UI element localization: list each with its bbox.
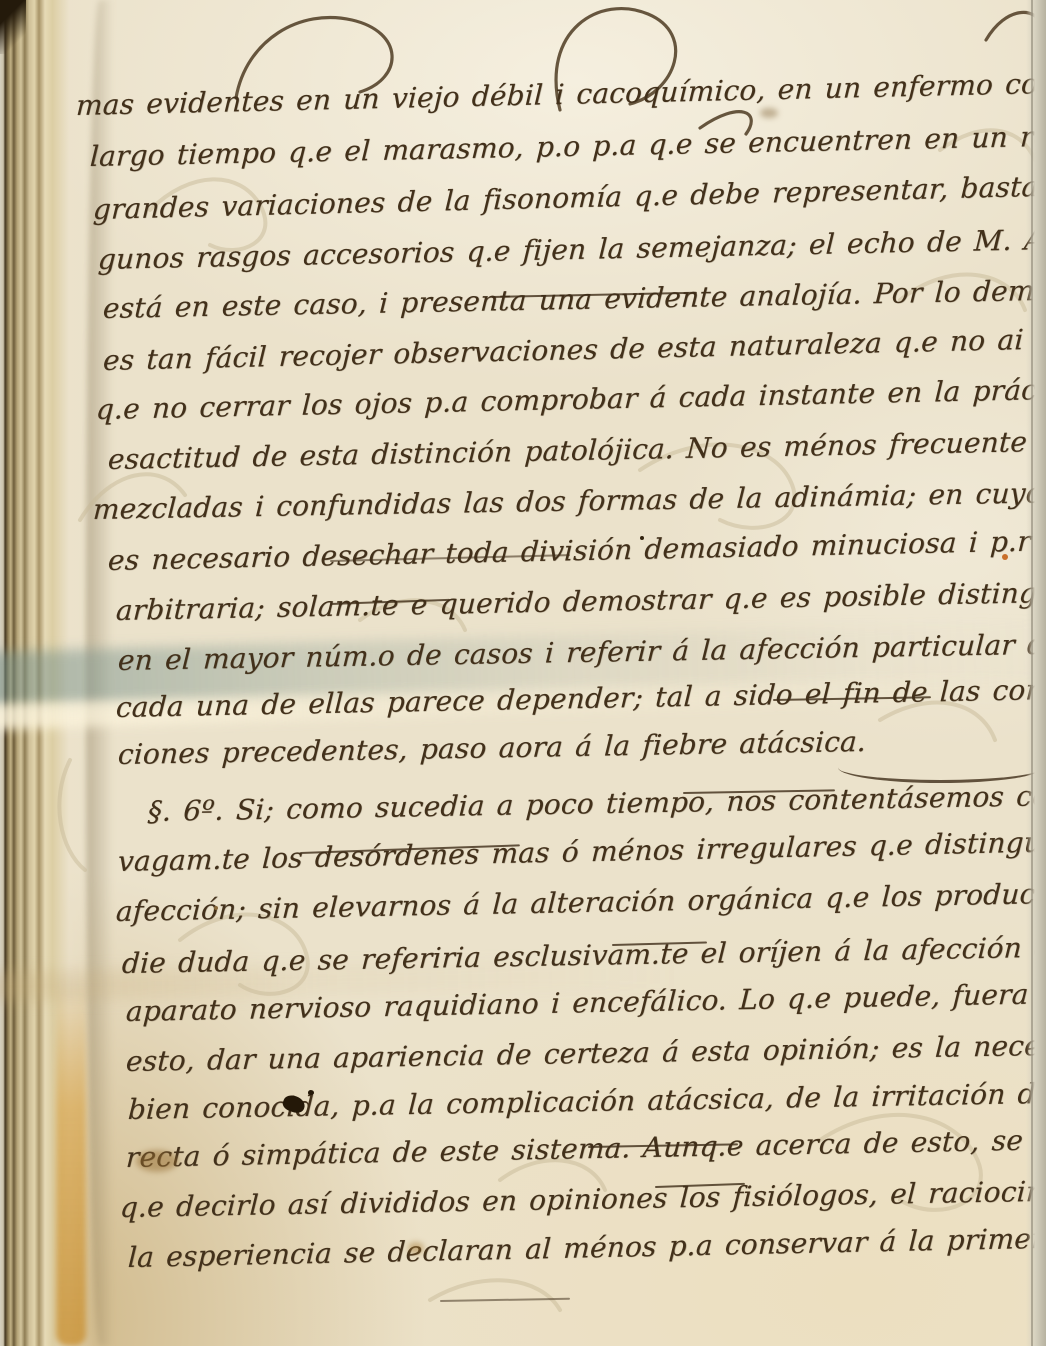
- manuscript-line: bien conocida, p.a la complicación atács…: [127, 1080, 1046, 1124]
- manuscript-line: gunos rasgos accesorios q.e fijen la sem…: [97, 225, 1046, 274]
- underline-declaran: [440, 1298, 570, 1303]
- manuscript-scan: mas evidentes en un viejo débil i cacoqu…: [0, 0, 1046, 1346]
- manuscript-line: es necesario desechar toda división dema…: [107, 525, 1046, 575]
- manuscript-line: arbitraria; solam.te e querido demostrar…: [115, 578, 1046, 625]
- ink-speck: [640, 536, 644, 540]
- manuscript-line: esactitud de esta distinción patolójica.…: [107, 426, 1046, 474]
- cover-corner: [0, 0, 26, 54]
- manuscript-line: mas evidentes en un viejo débil i cacoqu…: [75, 67, 1046, 120]
- manuscript-line: largo tiempo q.e el marasmo, p.o p.a q.e…: [89, 120, 1046, 171]
- manuscript-line: afección; sin elevarnos á la alteración …: [115, 879, 1046, 926]
- manuscript-line: es tan fácil recojer observaciones de es…: [102, 324, 1046, 375]
- manuscript-line-section-start: §. 6º. Si; como sucedia a poco tiempo, n…: [147, 780, 1046, 826]
- manuscript-line: está en este caso, i presenta una eviden…: [102, 276, 1046, 323]
- orange-speck: [1002, 554, 1008, 560]
- manuscript-line: ciones precedentes, paso aora á la fiebr…: [117, 728, 867, 769]
- manuscript-line: q.e no cerrar los ojos p.a comprobar á c…: [95, 374, 1046, 424]
- right-page-edge: [1026, 0, 1046, 1346]
- right-page-edge-line: [1031, 0, 1033, 1346]
- manuscript-line: q.e decirlo así divididos en opiniones l…: [119, 1177, 1046, 1222]
- manuscript-line: grandes variaciones de la fisonomía q.e …: [92, 171, 1046, 224]
- manuscript-line: vagam.te los desórdenes mas ó ménos irre…: [117, 826, 1046, 876]
- binding-stain: [56, 980, 86, 1346]
- brown-smudge: [136, 1150, 178, 1172]
- ink-blot-small: [308, 1090, 314, 1095]
- stain-top: [760, 108, 778, 118]
- manuscript-line: esto, dar una apariencia de certeza á es…: [125, 1031, 1046, 1076]
- flourish-after-atacsica: [838, 752, 1043, 783]
- manuscript-line: la esperiencia se declaran al ménos p.a …: [127, 1224, 1046, 1272]
- manuscript-line: mezcladas i confundidas las dos formas d…: [92, 478, 1046, 524]
- ink-speck: [214, 906, 218, 910]
- bleedthrough-stroke: [430, 1280, 560, 1310]
- manuscript-line: die duda q.e se referiria esclusivam.te …: [121, 933, 1046, 978]
- brown-smudge-small: [408, 1242, 424, 1254]
- manuscript-line: recta ó simpática de este sistema. Aunq.…: [125, 1125, 1046, 1172]
